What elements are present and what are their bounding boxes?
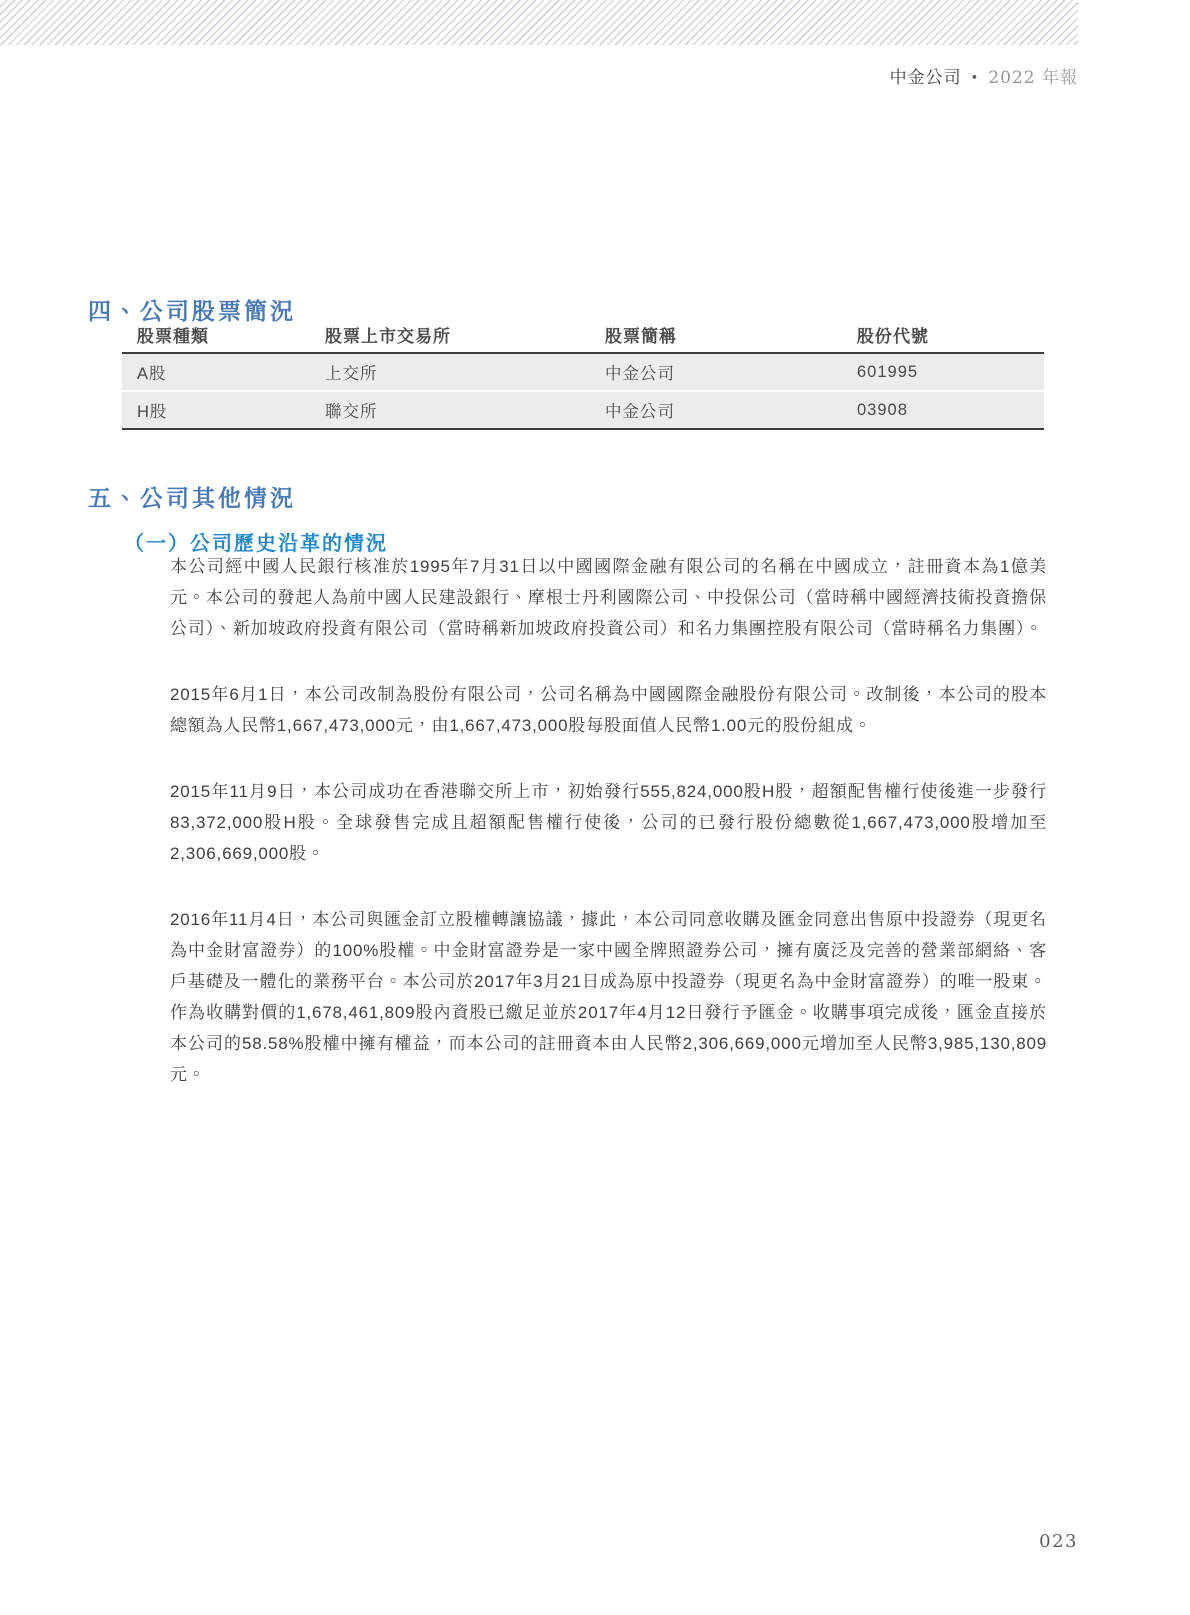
table-row-h-share: H股 聯交所 中金公司 03908 (122, 390, 1044, 428)
running-head: 中金公司•2022 年報 (890, 63, 1078, 88)
table-body: A股 上交所 中金公司 601995 H股 聯交所 中金公司 03908 (122, 354, 1044, 430)
annual-report-page: 中金公司•2022 年報 四、公司股票簡況 股票種類 股票上市交易所 股票簡稱 … (0, 0, 1190, 1615)
page-number: 023 (1039, 1531, 1078, 1552)
column-header-stock-type: 股票種類 (122, 322, 310, 347)
section-heading-other: 五、公司其他情況 (88, 480, 296, 513)
bullet-separator: • (962, 71, 989, 86)
table-cell: H股 (122, 398, 310, 422)
column-header-short-name: 股票簡稱 (590, 322, 842, 347)
table-cell: 601995 (842, 363, 1044, 382)
table-cell: 上交所 (310, 360, 590, 384)
table-cell: 03908 (842, 401, 1044, 420)
table-cell: 中金公司 (590, 360, 842, 384)
table-cell: A股 (122, 360, 310, 384)
table-row-a-share: A股 上交所 中金公司 601995 (122, 354, 1044, 390)
history-paragraph: 2015年11月9日，本公司成功在香港聯交所上市，初始發行555,824,000… (170, 776, 1047, 869)
history-paragraph: 本公司經中國人民銀行核准於1995年7月31日以中國國際金融有限公司的名稱在中國… (170, 551, 1047, 644)
hatch-pattern-band (0, 0, 1078, 45)
history-paragraph: 2015年6月1日，本公司改制為股份有限公司，公司名稱為中國國際金融股份有限公司… (170, 679, 1047, 741)
history-text-block: 本公司經中國人民銀行核准於1995年7月31日以中國國際金融有限公司的名稱在中國… (170, 551, 1047, 1125)
table-header-row: 股票種類 股票上市交易所 股票簡稱 股份代號 (122, 317, 1044, 354)
table-cell: 中金公司 (590, 398, 842, 422)
column-header-exchange: 股票上市交易所 (310, 322, 590, 347)
history-paragraph: 2016年11月4日，本公司與匯金訂立股權轉讓協議，據此，本公司同意收購及匯金同… (170, 904, 1047, 1090)
stock-table: 股票種類 股票上市交易所 股票簡稱 股份代號 A股 上交所 中金公司 60199… (122, 317, 1044, 430)
table-cell: 聯交所 (310, 398, 590, 422)
column-header-code: 股份代號 (842, 322, 1044, 347)
brand-name: 中金公司 (890, 68, 962, 88)
edition-label: 2022 年報 (988, 68, 1078, 88)
